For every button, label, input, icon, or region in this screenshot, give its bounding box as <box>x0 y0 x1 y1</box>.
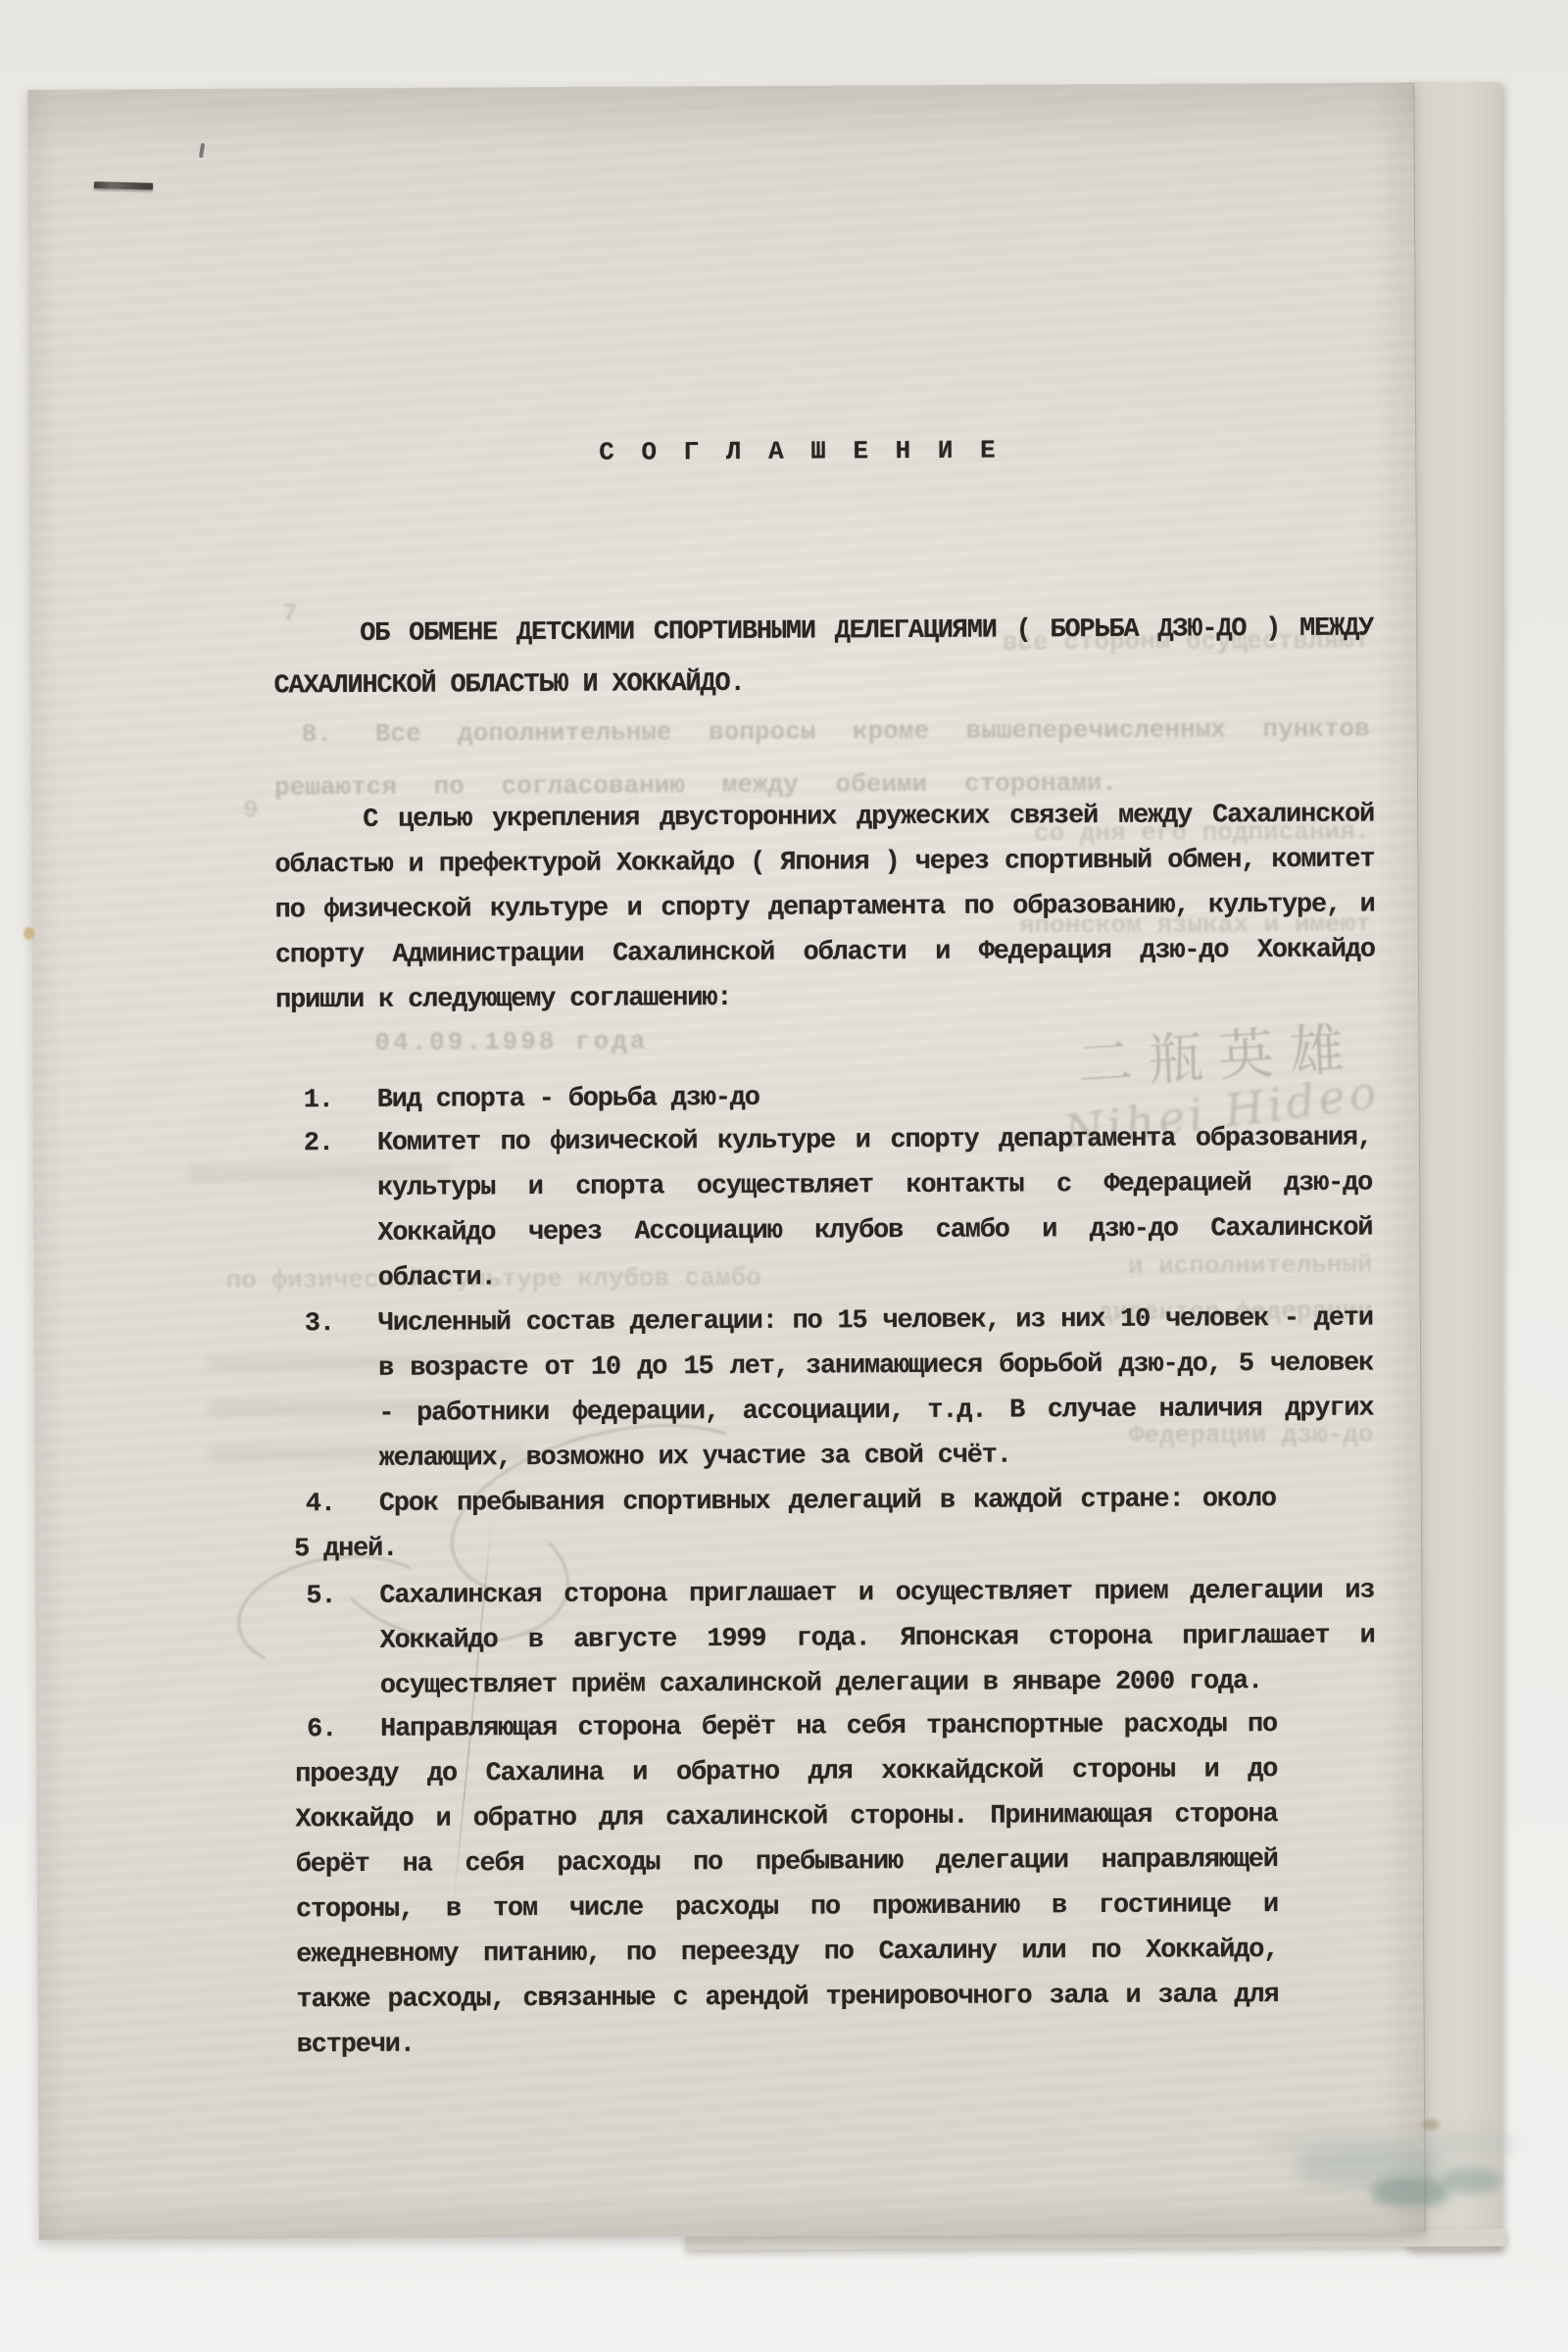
bleedthrough-item8-line1: Все дополнительные вопросы кроме вышепер… <box>375 710 1370 754</box>
item-text: Комитет по физической культуре и спорту … <box>377 1116 1373 1301</box>
item-number: 2. <box>304 1121 333 1166</box>
list-item-4: 4. Срок пребывания спортивных делегаций … <box>278 1476 1407 1572</box>
photo-of-document: { "document": { "title": "С О Г Л А Ш Е … <box>0 0 1568 2352</box>
intro-paragraph: С целью укрепления двусторонних дружески… <box>274 793 1375 1024</box>
bleedthrough-item9-number: 9 <box>243 790 259 829</box>
document-subtitle: ОБ ОБМЕНЕ ДЕТСКИМИ СПОРТИВНЫМИ ДЕЛЕГАЦИЯ… <box>273 604 1374 713</box>
item-text: Численный состав делегации: по 15 челове… <box>378 1297 1374 1482</box>
item-number: 4. <box>306 1482 335 1527</box>
item-text: Срок пребывания спортивных делегаций в к… <box>294 1477 1276 1572</box>
stamp-bleedthrough-smudge <box>1443 2168 1501 2193</box>
item-number: 3. <box>305 1301 334 1347</box>
list-item-3: 3. Численный состав делегации: по 15 чел… <box>277 1296 1407 1482</box>
stamp-bleedthrough-smudge <box>1372 2178 1448 2207</box>
item-text: Направляющая сторона берёт на себя транс… <box>295 1702 1279 2068</box>
document-page: 7 все стороны осуществляют 8. Все дополн… <box>27 82 1425 2239</box>
paper-stain-speck <box>24 927 34 940</box>
item-number: 6. <box>307 1707 336 1752</box>
list-item-5: 5. Сахалинская сторона приглашает и осущ… <box>278 1568 1408 1709</box>
list-item-2: 2. Комитет по физической культуре и спор… <box>276 1115 1406 1301</box>
bleedthrough-item8-number: 8. <box>302 714 332 754</box>
item-number: 5. <box>306 1574 335 1619</box>
paper-stain-speck <box>1423 2120 1439 2130</box>
bleedthrough-date: 04.09.1998 года <box>374 1021 648 1061</box>
item-number: 1. <box>304 1078 333 1123</box>
item-text: Вид спорта - борьба дзю-до <box>377 1073 1372 1123</box>
item-text: Сахалинская сторона приглашает и осущест… <box>379 1569 1375 1709</box>
list-item-6: 6. Направляющая сторона берёт на себя тр… <box>279 1701 1410 2068</box>
document-title: С О Г Л А Ш Е Н И Е <box>599 436 1002 467</box>
